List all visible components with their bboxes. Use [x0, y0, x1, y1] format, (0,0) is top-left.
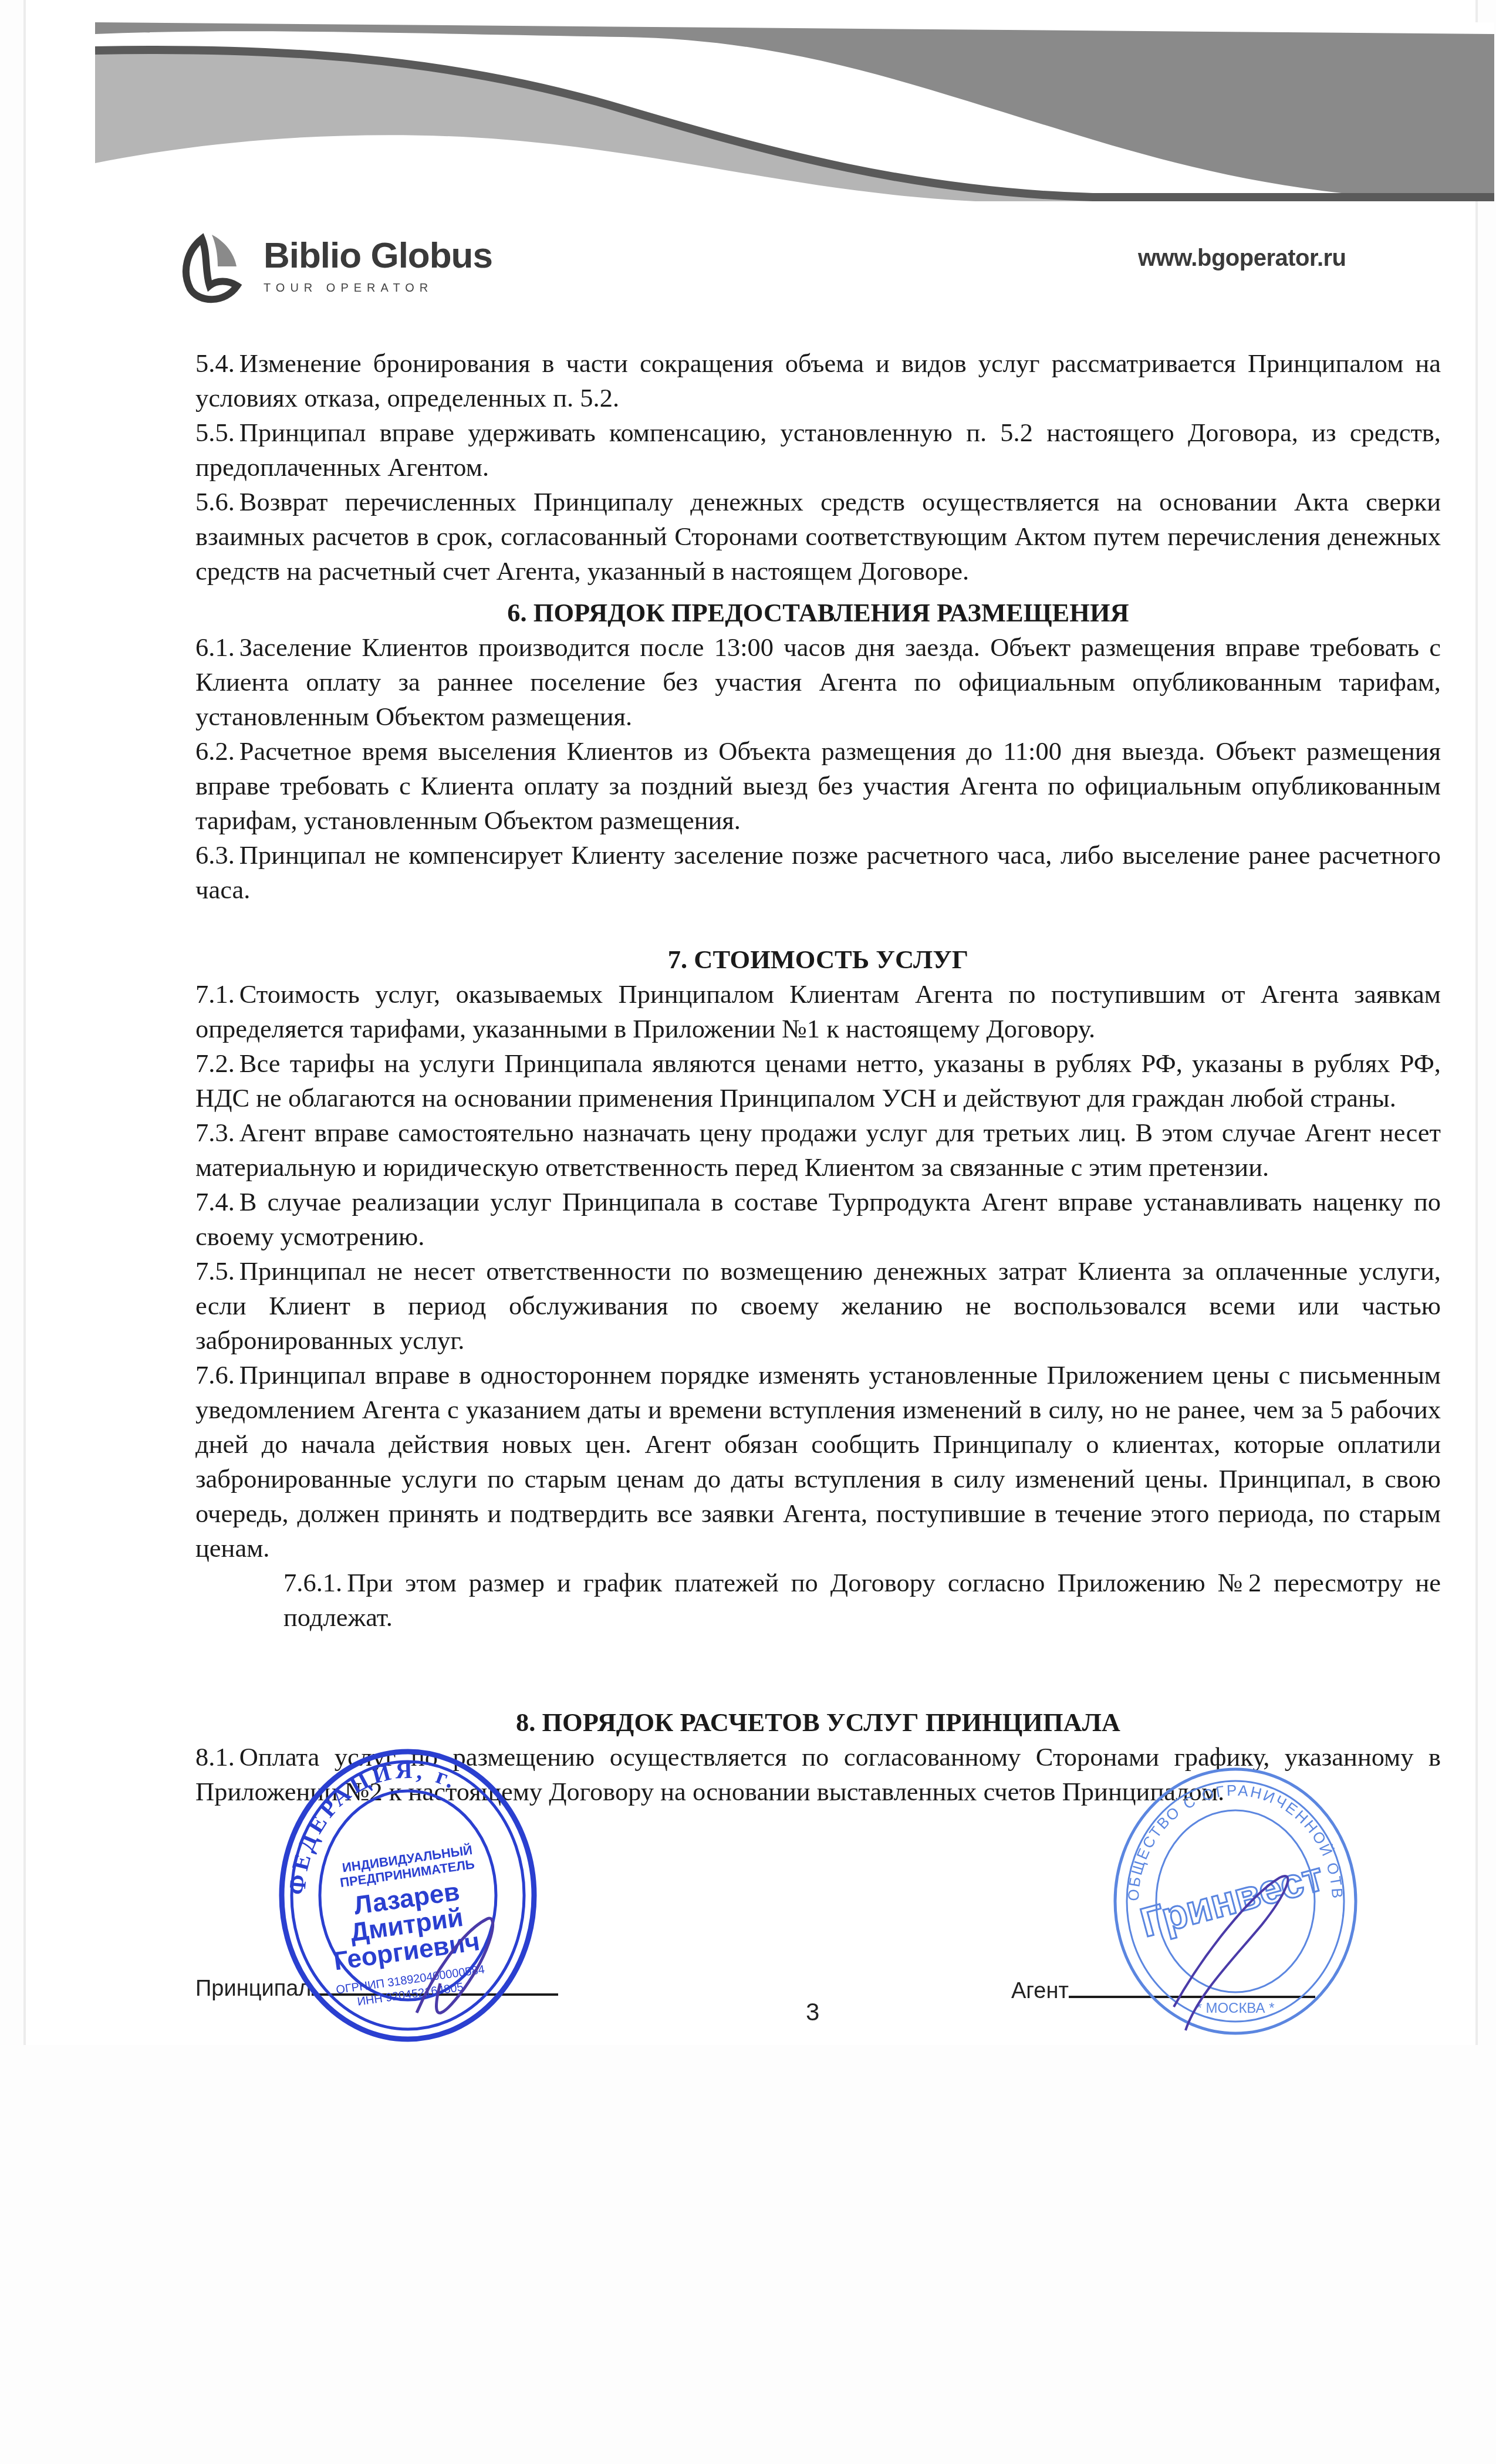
clause-7-5: 7.5.Принципал не несет ответственности п… [195, 1254, 1441, 1358]
biblio-globus-logo: Biblio Globus TOUR OPERATOR [175, 223, 516, 305]
clause-7-3: 7.3.Агент вправе самостоятельно назначат… [195, 1116, 1441, 1185]
clause-5-5: 5.5.Принципал вправе удерживать компенса… [195, 415, 1441, 485]
clause-5-4: 5.4.Изменение бронирования в части сокра… [195, 346, 1441, 415]
page-number: 3 [806, 1998, 819, 2026]
principal-signature-line [312, 1993, 558, 1996]
clause-7-4: 7.4.В случае реализации услуг Принципала… [195, 1185, 1441, 1254]
agent-signature: Агент [1011, 1979, 1315, 2004]
agent-label: Агент [1011, 1979, 1069, 2003]
clause-6-3: 6.3.Принципал не компенсирует Клиенту за… [195, 838, 1441, 907]
clause-6-1: 6.1.Заселение Клиентов производится посл… [195, 630, 1441, 734]
principal-signature: Принципал [195, 1976, 558, 2002]
clause-7-1: 7.1.Стоимость услуг, оказываемых Принцип… [195, 977, 1441, 1046]
logo-name: Biblio Globus [264, 235, 492, 276]
clause-7-2: 7.2.Все тарифы на услуги Принципала явля… [195, 1046, 1441, 1116]
section-6-heading: 6. ПОРЯДОК ПРЕДОСТАВЛЕНИЯ РАЗМЕЩЕНИЯ [195, 596, 1441, 630]
clause-7-6: 7.6.Принципал вправе в одностороннем пор… [195, 1358, 1441, 1566]
logo-subtitle: TOUR OPERATOR [264, 282, 433, 295]
clause-5-6: 5.6.Возврат перечисленных Принципалу ден… [195, 485, 1441, 589]
section-8-heading: 8. ПОРЯДОК РАСЧЕТОВ УСЛУГ ПРИНЦИПАЛА [195, 1705, 1441, 1740]
principal-label: Принципал [195, 1976, 312, 2001]
contract-body: 5.4.Изменение бронирования в части сокра… [195, 346, 1441, 1809]
clause-8-1: 8.1.Оплата услуг по размещению осуществл… [195, 1740, 1441, 1809]
section-7-heading: 7. СТОИМОСТЬ УСЛУГ [195, 942, 1441, 977]
logo-mark-icon [175, 230, 252, 306]
website-link[interactable]: www.bgoperator.ru [1138, 245, 1346, 272]
clause-7-6-1: 7.6.1.При этом размер и график платежей … [195, 1566, 1441, 1635]
agent-signature-line [1069, 1996, 1315, 1998]
clause-6-2: 6.2.Расчетное время выселения Клиентов и… [195, 734, 1441, 838]
header-wave-decoration [95, 22, 1494, 201]
